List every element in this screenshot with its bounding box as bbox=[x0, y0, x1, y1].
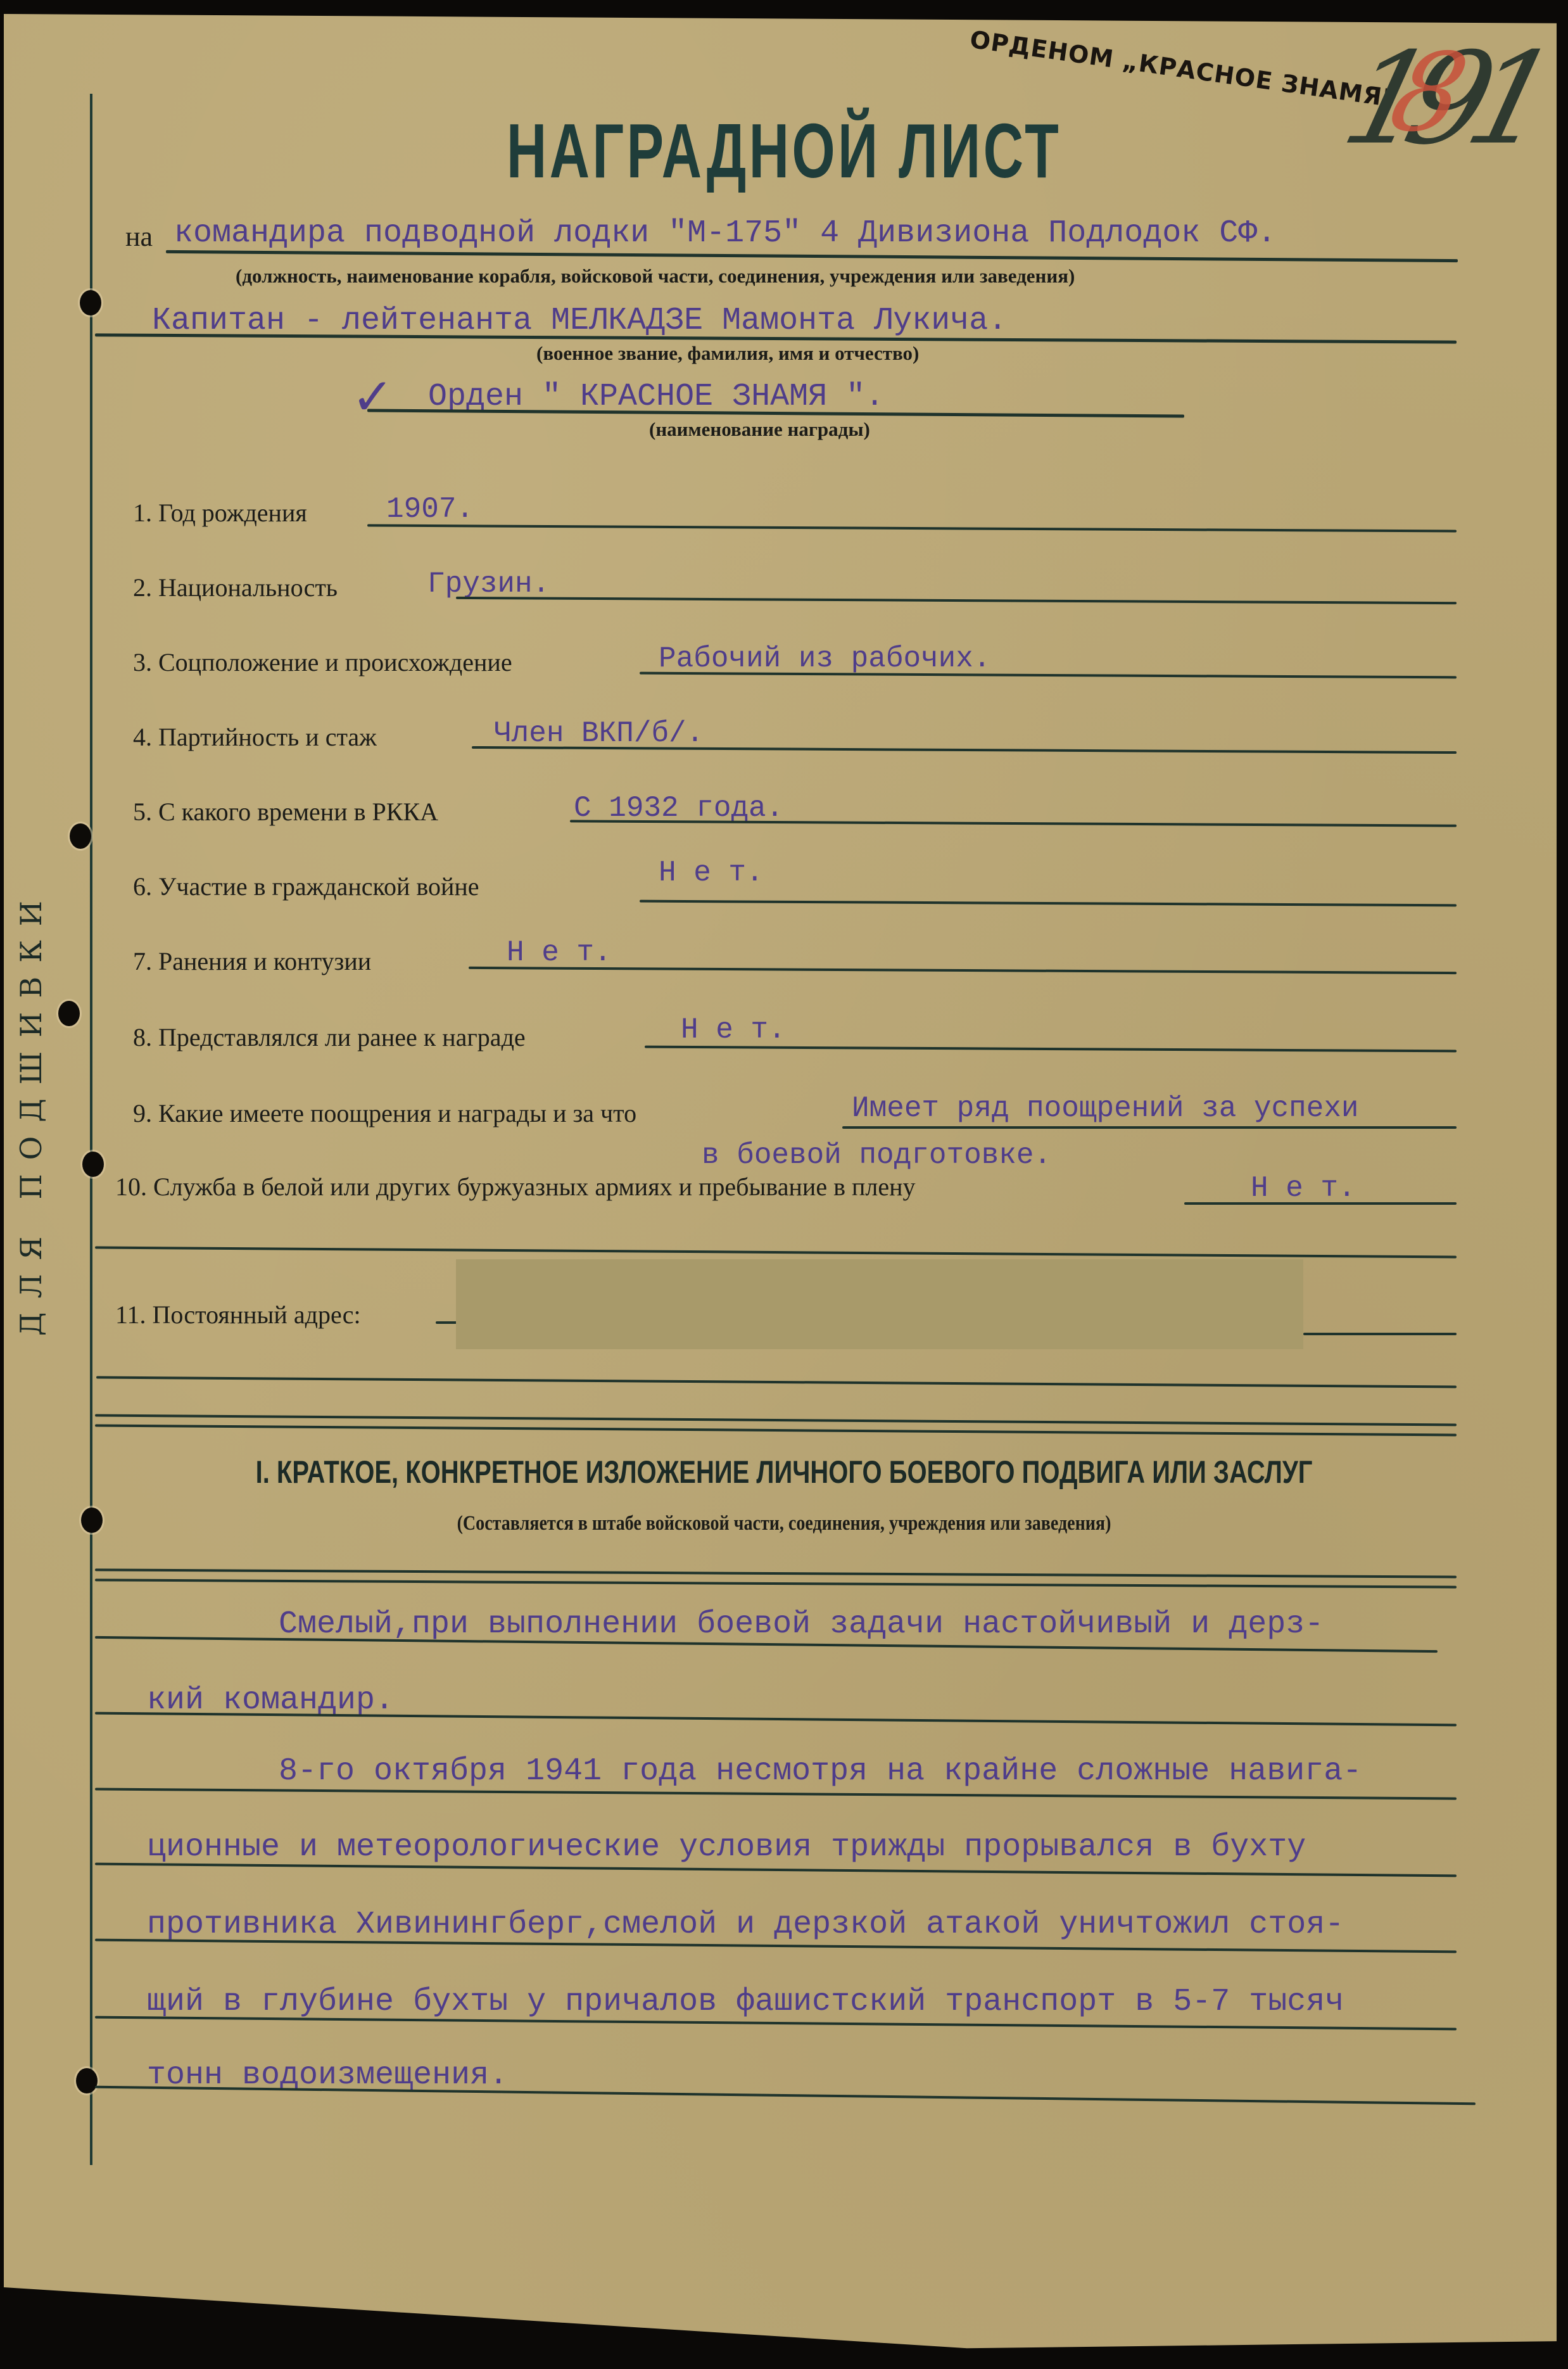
field-value: Грузин. bbox=[427, 568, 550, 600]
section-subheading: (Составляется в штабе войсковой части, с… bbox=[118, 1512, 1451, 1535]
narrative-line: противника Хивинингберг,смелой и дерзкой… bbox=[147, 1907, 1344, 1943]
field-label: 7. Ранения и контузии bbox=[133, 946, 371, 976]
field-label: 5. С какого времени в РККА bbox=[133, 797, 438, 827]
narrative-line: щий в глубине бухты у причалов фашистски… bbox=[147, 1984, 1344, 2020]
field-label: 6. Участие в гражданской войне bbox=[133, 872, 479, 901]
position-caption: (должность, наименование корабля, войско… bbox=[236, 265, 1075, 288]
field-label: 11. Постоянный адрес: bbox=[115, 1300, 361, 1330]
award-caption: (наименование награды) bbox=[649, 418, 870, 441]
field-value: Имеет ряд поощрений за успехи bbox=[852, 1092, 1359, 1125]
field-value: 1907. bbox=[386, 493, 474, 526]
field-value: Н е т. bbox=[681, 1013, 786, 1046]
punch-hole bbox=[80, 290, 101, 315]
field-value: Рабочий из рабочих. bbox=[659, 642, 991, 675]
name-value: Капитан - лейтенанта МЕЛКАДЗЕ Мамонта Лу… bbox=[152, 303, 1007, 339]
field-label: 9. Какие имеете поощрения и награды и за… bbox=[133, 1098, 636, 1128]
field-value: Член ВКП/б/. bbox=[494, 717, 704, 750]
punch-hole bbox=[82, 1152, 104, 1177]
punch-hole bbox=[76, 2068, 98, 2093]
name-caption: (военное звание, фамилия, имя и отчество… bbox=[536, 342, 919, 365]
punch-hole bbox=[58, 1001, 80, 1026]
field-value: Н е т. bbox=[1251, 1172, 1356, 1205]
checkmark-icon: ✓ bbox=[351, 367, 394, 426]
field-value: Н е т. bbox=[659, 856, 764, 889]
field-underline bbox=[1303, 1333, 1457, 1335]
field-label: 10. Служба в белой или других буржуазных… bbox=[115, 1172, 916, 1202]
redacted-address-block bbox=[456, 1259, 1303, 1349]
section-heading: I. КРАТКОЕ, КОНКРЕТНОЕ ИЗЛОЖЕНИЕ ЛИЧНОГО… bbox=[157, 1454, 1412, 1490]
sheet-number: 191 8 bbox=[1331, 25, 1552, 173]
position-value: командира подводной лодки "М-175" 4 Диви… bbox=[174, 215, 1276, 251]
narrative-line: ционные и метеорологические условия триж… bbox=[147, 1829, 1306, 1865]
field-label: 3. Соцположение и происхождение bbox=[133, 647, 512, 677]
narrative-line: Смелый,при выполнении боевой задачи наст… bbox=[279, 1606, 1324, 1642]
field-underline bbox=[1184, 1202, 1457, 1205]
field-label: 8. Представлялся ли ранее к награде bbox=[133, 1022, 526, 1052]
punch-hole bbox=[70, 823, 91, 849]
header-prefix: на bbox=[125, 220, 153, 253]
field-label: 1. Год рождения bbox=[133, 498, 307, 528]
narrative-line: 8-го октября 1941 года несмотря на крайн… bbox=[279, 1753, 1362, 1789]
document-title: НАГРАДНОЙ ЛИСТ bbox=[220, 106, 1349, 195]
field-value-line2: в боевой подготовке. bbox=[702, 1139, 1051, 1172]
field-value: Н е т. bbox=[507, 936, 612, 969]
punch-hole bbox=[81, 1508, 103, 1533]
binding-margin-label: ДЛЯ ПОДШИВКИ bbox=[14, 820, 52, 1403]
field-underline bbox=[842, 1126, 1457, 1129]
field-label: 2. Национальность bbox=[133, 573, 338, 602]
field-label: 4. Партийность и стаж bbox=[133, 722, 377, 752]
binding-margin-line bbox=[90, 94, 92, 2165]
